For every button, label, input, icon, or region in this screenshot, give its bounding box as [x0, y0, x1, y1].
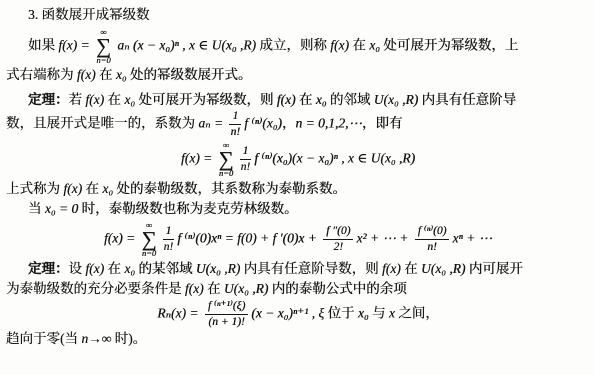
- fraction: f ⁽ⁿ⁺¹⁾(ξ)(n + 1)!: [205, 300, 248, 329]
- math-run: Rₙ(x) =: [157, 306, 202, 321]
- zh-text-run: 内的泰勒公式中的余项: [272, 281, 407, 296]
- taylor-name-line: 上式称为 f(x) 在 x₀ 处的泰勒级数，其系数称为泰勒系数。: [6, 179, 590, 199]
- zh-text-run: 处可展开为幂级数，则: [138, 92, 273, 107]
- zh-text-run: 内可展开: [469, 261, 523, 276]
- math-run: f(x): [60, 181, 85, 196]
- zh-text-run: 数，且展开式是唯一的，系数为: [6, 116, 195, 131]
- math-run: U(x₀ ,R): [370, 92, 421, 107]
- math-run: x₀: [99, 181, 116, 196]
- math-run: f ⁽ⁿ⁾(x₀)(x − x₀)ⁿ , x ∈ U(x₀ ,R): [254, 151, 415, 166]
- math-run: aₙ =: [195, 116, 226, 131]
- math-run: x₀: [312, 92, 329, 107]
- remainder-formula: Rₙ(x) = f ⁽ⁿ⁺¹⁾(ξ)(n + 1)!(x − x₀)ⁿ⁺¹ , …: [6, 300, 590, 329]
- math-run: f(x): [82, 261, 107, 276]
- zh-text-run: 时)。: [115, 331, 147, 346]
- zh-text-run: 在: [352, 38, 366, 53]
- taylor-series-formula: f(x) = ∞∑n=01n!f ⁽ⁿ⁾(x₀)(x − x₀)ⁿ , x ∈ …: [6, 141, 590, 178]
- zh-text-run: 在: [404, 261, 418, 276]
- zh-text-run: 处的幂级数展开式。: [130, 67, 252, 82]
- zh-text-run: 如果: [28, 38, 55, 53]
- zh-text-run: 处可展开为幂级数，上: [383, 38, 518, 53]
- zh-text-run: 成立，则称: [259, 38, 327, 53]
- intro-line-2: 式右端称为 f(x) 在 x₀ 处的幂级数展开式。: [6, 65, 590, 85]
- zh-text-run: 之间，: [398, 306, 439, 321]
- math-run: x₀ = 0: [42, 201, 82, 216]
- math-run: f(x): [273, 92, 298, 107]
- math-run: f(x): [182, 281, 207, 296]
- math-run: f(x): [327, 38, 352, 53]
- zh-text-run: 在: [207, 281, 221, 296]
- zh-text-run: 上式称为: [6, 181, 60, 196]
- sigma-operator: ∞∑n=0: [142, 221, 157, 258]
- zh-text-run: 的邻域: [330, 92, 371, 107]
- fraction: 1n!: [240, 145, 252, 174]
- intro-line-1: 如果 f(x) = ∞∑n=0 aₙ (x − x₀)ⁿ , x ∈ U(x₀ …: [6, 28, 590, 65]
- theorem2-line-2: 为泰勒级数的充分必要条件是 f(x) 在 U(x₀ ,R) 内的泰勒公式中的余项: [6, 279, 590, 299]
- zh-text-run: 在: [99, 67, 113, 82]
- zh-text-run: 的某邻域: [138, 261, 192, 276]
- zh-text-run: 时，泰勒级数也称为麦克劳林级数。: [82, 201, 298, 216]
- math-run: n→∞: [78, 331, 115, 346]
- math-run: U(x₀ ,R): [418, 261, 469, 276]
- fraction: 1n!: [229, 110, 241, 139]
- fraction: f ⁽ⁿ⁾(0)n!: [415, 225, 450, 254]
- math-run: f ⁽ⁿ⁾(x₀): [244, 116, 282, 131]
- math-run: x₀: [121, 261, 138, 276]
- math-run: x² + ⋯ +: [356, 231, 411, 246]
- zh-text-run: 当: [28, 201, 42, 216]
- theorem2-line-1: 定理：设 f(x) 在 x₀ 的某邻域 U(x₀ ,R) 内具有任意阶导数，则 …: [6, 259, 590, 279]
- maclaurin-line: 当 x₀ = 0 时，泰勒级数也称为麦克劳林级数。: [6, 199, 590, 219]
- zh-text-run: 内具有任意阶导数，则: [244, 261, 379, 276]
- math-run: f ⁽ⁿ⁾(0)xⁿ = f(0) + f ′(0)x +: [177, 231, 320, 246]
- math-run: f(x): [74, 67, 99, 82]
- zh-text-run: 位于: [328, 306, 355, 321]
- math-run: aₙ (x − x₀)ⁿ , x ∈ U(x₀ ,R): [114, 38, 259, 53]
- math-run: x₀: [121, 92, 138, 107]
- zh-text-run: 在: [107, 261, 121, 276]
- math-run: U(x₀ ,R): [192, 261, 243, 276]
- zh-text-run: ，即有: [362, 116, 403, 131]
- math-run: xⁿ + ⋯: [452, 231, 492, 246]
- zh-text-run: 与: [372, 306, 386, 321]
- zh-text-run: 在: [299, 92, 313, 107]
- math-run: U(x₀ ,R): [220, 281, 271, 296]
- zh-text-run: 趋向于零(当: [6, 331, 78, 346]
- math-run: n = 0,1,2,⋯: [295, 116, 362, 131]
- zh-text-run: 为泰勒级数的充分必要条件是: [6, 281, 182, 296]
- math-run: f(x): [379, 261, 404, 276]
- bold-label: 定理：: [28, 92, 69, 107]
- zh-text-run: 式右端称为: [6, 67, 74, 82]
- zh-text-run: 在: [85, 181, 99, 196]
- section-heading: 3. 函数展开成幂级数: [6, 5, 590, 25]
- sigma-operator: ∞∑n=0: [96, 28, 111, 65]
- zh-text-run: 处的泰勒级数，其系数称为泰勒系数。: [116, 181, 346, 196]
- zh-text-run: 设: [69, 261, 83, 276]
- bold-label: 定理：: [28, 261, 69, 276]
- math-run: f(x) =: [55, 38, 93, 53]
- math-run: f(x) =: [104, 231, 139, 246]
- zh-text-run: ，: [282, 116, 296, 131]
- zh-text-run: 若: [69, 92, 83, 107]
- fraction: 1n!: [163, 225, 175, 254]
- math-run: x₀: [355, 306, 372, 321]
- math-run: f(x) =: [181, 151, 216, 166]
- maclaurin-formula: f(x) = ∞∑n=01n!f ⁽ⁿ⁾(0)xⁿ = f(0) + f ′(0…: [6, 221, 590, 258]
- fraction: f ″(0)2!: [323, 225, 353, 254]
- document-page: 3. 函数展开成幂级数 如果 f(x) = ∞∑n=0 aₙ (x − x₀)ⁿ…: [0, 0, 594, 349]
- math-run: x: [385, 306, 398, 321]
- tend-to-zero-line: 趋向于零(当 n→∞ 时)。: [6, 329, 590, 349]
- math-run: x₀: [366, 38, 383, 53]
- theorem1-line-1: 定理：若 f(x) 在 x₀ 处可展开为幂级数，则 f(x) 在 x₀ 的邻域 …: [6, 90, 590, 110]
- math-run: x₀: [112, 67, 129, 82]
- sigma-operator: ∞∑n=0: [219, 141, 234, 178]
- math-run: f(x): [82, 92, 107, 107]
- math-run: (x − x₀)ⁿ⁺¹ , ξ: [251, 306, 327, 321]
- zh-text-run: 在: [107, 92, 121, 107]
- zh-text-run: 内具有任意阶导: [422, 92, 517, 107]
- theorem1-line-2: 数，且展开式是唯一的，系数为 aₙ = 1n!f ⁽ⁿ⁾(x₀)，n = 0,1…: [6, 110, 590, 139]
